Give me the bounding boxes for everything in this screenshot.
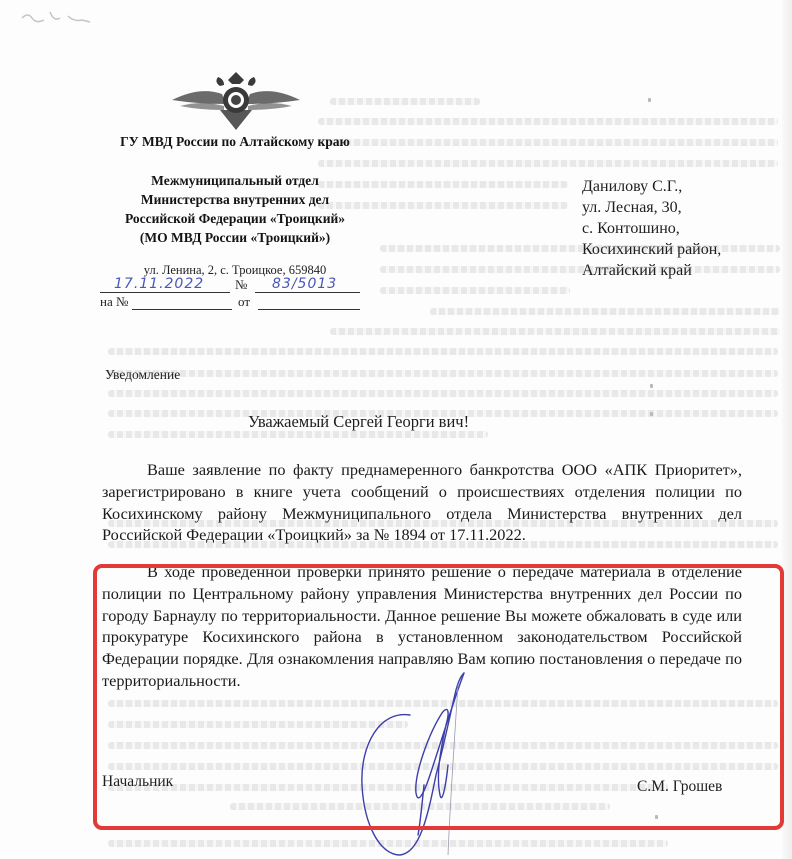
ref-number-label: на № xyxy=(100,294,128,310)
signatory-name: С.М. Грошев xyxy=(637,778,722,796)
paragraph-registration: Ваше заявление по факту преднамеренного … xyxy=(102,459,742,546)
scan-artifact-icon xyxy=(20,8,100,30)
unit-line: Российской Федерации «Троицкий» xyxy=(95,209,375,228)
unit-line: Межмуниципальный отдел xyxy=(95,171,375,190)
salutation: Уважаемый Сергей Георги вич! xyxy=(248,412,469,432)
recipient-line: Алтайский край xyxy=(582,260,782,281)
unit-line: Министерства внутренних дел xyxy=(95,190,375,209)
number-label: № xyxy=(235,277,247,293)
incoming-reference-row: на № от xyxy=(100,294,360,312)
recipient-line: Косихинский район, xyxy=(582,239,782,260)
scan-speck xyxy=(650,384,653,388)
document-type-title: Уведомление xyxy=(105,367,180,383)
handwritten-date: 17.11.2022 xyxy=(114,276,204,292)
outgoing-registration-row: 17.11.2022 № 83/5013 xyxy=(100,277,360,295)
ref-number-underline xyxy=(132,294,232,310)
paragraph-decision: В ходе проведенной проверки принято реше… xyxy=(102,561,742,692)
issuing-agency-title: ГУ МВД России по Алтайскому краю xyxy=(85,132,385,151)
mvd-emblem-icon xyxy=(170,70,302,132)
ref-date-underline xyxy=(258,294,360,310)
signatory-position: Начальник xyxy=(102,773,173,791)
recipient-line: ул. Лесная, 30, xyxy=(582,197,782,218)
issuing-unit-block: Межмуниципальный отдел Министерства внут… xyxy=(95,171,375,247)
scan-speck xyxy=(648,98,651,102)
scan-speck xyxy=(655,815,658,819)
unit-line: (МО МВД России «Троицкий») xyxy=(95,228,375,247)
ref-date-label: от xyxy=(238,294,250,310)
scan-speck xyxy=(650,412,653,416)
handwritten-outgoing-number: 83/5013 xyxy=(272,276,337,292)
paragraph-text: В ходе проведенной проверки принято реше… xyxy=(102,562,742,690)
paragraph-text: Ваше заявление по факту преднамеренного … xyxy=(102,460,742,544)
recipient-address-block: Данилову С.Г., ул. Лесная, 30, с. Контош… xyxy=(582,176,782,281)
recipient-line: с. Контошино, xyxy=(582,218,782,239)
scanned-letter-page: ГУ МВД России по Алтайскому краю Межмуни… xyxy=(0,0,792,859)
recipient-line: Данилову С.Г., xyxy=(582,176,782,197)
